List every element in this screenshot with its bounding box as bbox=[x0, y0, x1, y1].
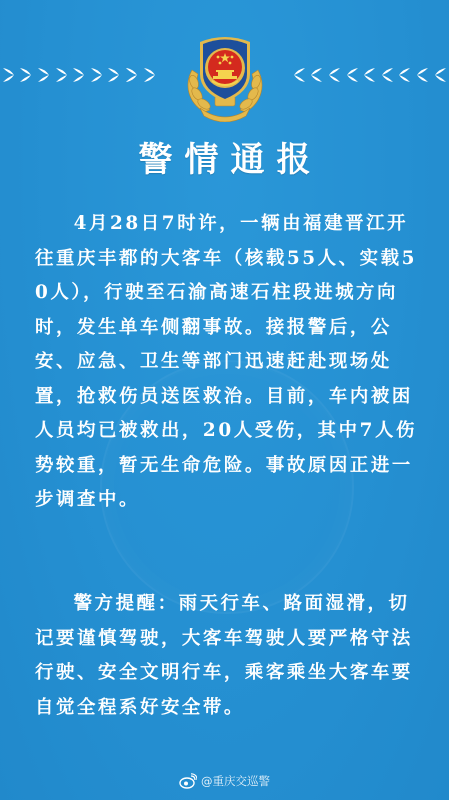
chevron-right-icon bbox=[106, 64, 124, 86]
chevron-left-icon bbox=[378, 64, 396, 86]
reminder-text: 警方提醒：雨天行车、路面湿滑，切记要谨慎驾驶，大客车驾驶人要严格守法行驶、安全文… bbox=[35, 587, 421, 725]
decoration-right bbox=[290, 64, 448, 86]
chevron-right-icon bbox=[0, 64, 18, 86]
police-emblem-icon bbox=[180, 30, 270, 122]
chevron-left-icon bbox=[431, 64, 449, 86]
chevron-left-icon bbox=[308, 64, 326, 86]
police-reminder-paragraph: 警方提醒：雨天行车、路面湿滑，切记要谨慎驾驶，大客车驾驶人要严格守法行驶、安全文… bbox=[35, 587, 421, 725]
chevron-right-icon bbox=[123, 64, 141, 86]
weibo-watermark: @重庆交巡警 bbox=[0, 771, 449, 791]
incident-text: 4月28日7时许，一辆由福建晋江开往重庆丰都的大客车（核载55人、实载50人），… bbox=[35, 207, 421, 518]
chevron-left-icon bbox=[290, 64, 308, 86]
chevron-right-icon bbox=[35, 64, 53, 86]
chevron-right-icon bbox=[18, 64, 36, 86]
notice-page: 警情通报 4月28日7时许，一辆由福建晋江开往重庆丰都的大客车（核载55人、实载… bbox=[0, 0, 449, 800]
chevron-left-icon bbox=[396, 64, 414, 86]
chevron-right-icon bbox=[88, 64, 106, 86]
weibo-icon bbox=[179, 773, 197, 789]
page-title: 警情通报 bbox=[0, 138, 449, 182]
weibo-account: @重庆交巡警 bbox=[201, 773, 270, 789]
chevron-right-icon bbox=[70, 64, 88, 86]
incident-paragraph: 4月28日7时许，一辆由福建晋江开往重庆丰都的大客车（核载55人、实载50人），… bbox=[35, 207, 421, 518]
chevron-right-icon bbox=[53, 64, 71, 86]
chevron-right-icon bbox=[141, 64, 159, 86]
chevron-left-icon bbox=[360, 64, 378, 86]
chevron-left-icon bbox=[343, 64, 361, 86]
decoration-left bbox=[0, 64, 158, 86]
chevron-left-icon bbox=[413, 64, 431, 86]
chevron-left-icon bbox=[325, 64, 343, 86]
